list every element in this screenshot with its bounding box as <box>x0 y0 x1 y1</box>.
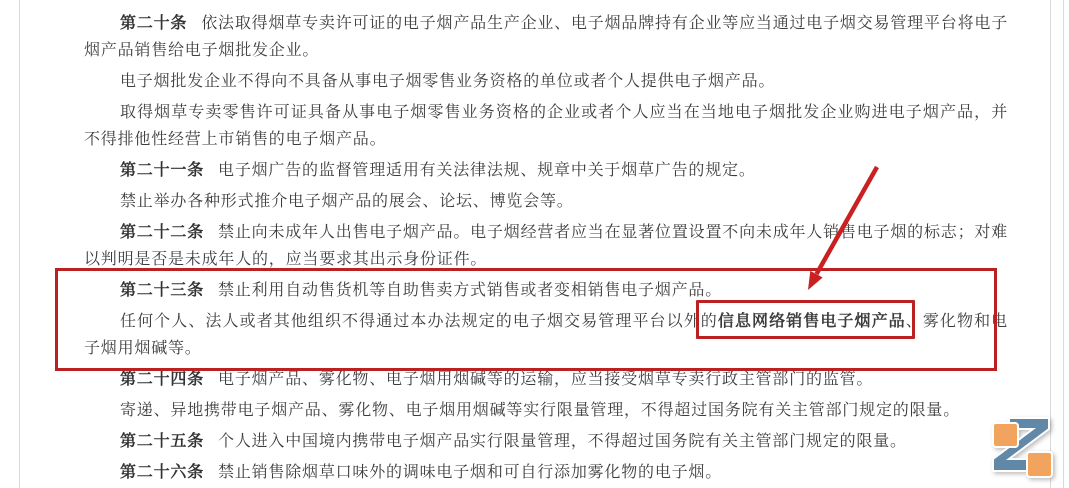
article-number: 第二十二条 <box>120 224 204 241</box>
paragraph: 任何个人、法人或者其他组织不得通过本办法规定的电子烟交易管理平台以外的信息网络销… <box>84 308 1008 362</box>
paragraph: 取得烟草专卖零售许可证具备从事电子烟零售业务资格的企业或者个人应当在当地电子烟批… <box>84 99 1008 153</box>
page-left-border <box>19 0 20 488</box>
paragraph: 寄递、异地携带电子烟产品、雾化物、电子烟用烟碱等实行限量管理，不得超过国务院有关… <box>84 397 1008 424</box>
highlighted-text: 信息网络销售电子烟产品 <box>718 313 906 330</box>
paragraph: 第二十三条禁止利用自动售货机等自助售卖方式销售或者变相销售电子烟产品。 <box>84 277 1008 304</box>
paragraph: 第二十一条电子烟广告的监督管理适用有关法律法规、规章中关于烟草广告的规定。 <box>84 157 1008 184</box>
window-edge-line <box>1063 0 1064 488</box>
page-right-border <box>1050 0 1051 488</box>
paragraph: 第二十六条禁止销售除烟草口味外的调味电子烟和可自行添加雾化物的电子烟。 <box>84 459 1008 486</box>
article-number: 第二十五条 <box>120 433 204 450</box>
paragraph: 禁止举办各种形式推介电子烟产品的展会、论坛、博览会等。 <box>84 188 1008 215</box>
paragraph: 第二十条依法取得烟草专卖许可证的电子烟产品生产企业、电子烟品牌持有企业等应当通过… <box>84 10 1008 64</box>
paragraph: 第二十五条个人进入中国境内携带电子烟产品实行限量管理，不得超过国务院有关主管部门… <box>84 428 1008 455</box>
document-page: 第二十条依法取得烟草专卖许可证的电子烟产品生产企业、电子烟品牌持有企业等应当通过… <box>0 0 1069 488</box>
paragraph: 电子烟批发企业不得向不具备从事电子烟零售业务资格的单位或者个人提供电子烟产品。 <box>84 68 1008 95</box>
paragraph: 第二十二条禁止向未成年人出售电子烟产品。电子烟经营者应当在显著位置设置不向未成年… <box>84 219 1008 273</box>
logo-orange-square-top <box>993 423 1018 447</box>
article-number: 第二十六条 <box>120 464 204 481</box>
document-body: 第二十条依法取得烟草专卖许可证的电子烟产品生产企业、电子烟品牌持有企业等应当通过… <box>84 10 1008 488</box>
logo-orange-square-bottom <box>1027 452 1052 477</box>
article-number: 第二十三条 <box>120 282 204 299</box>
article-number: 第二十条 <box>120 15 187 32</box>
article-number: 第二十四条 <box>120 371 204 388</box>
brand-logo <box>985 417 1057 483</box>
article-number: 第二十一条 <box>120 162 204 179</box>
paragraph: 第二十四条电子烟产品、雾化物、电子烟用烟碱等的运输，应当接受烟草专卖行政主管部门… <box>84 366 1008 393</box>
